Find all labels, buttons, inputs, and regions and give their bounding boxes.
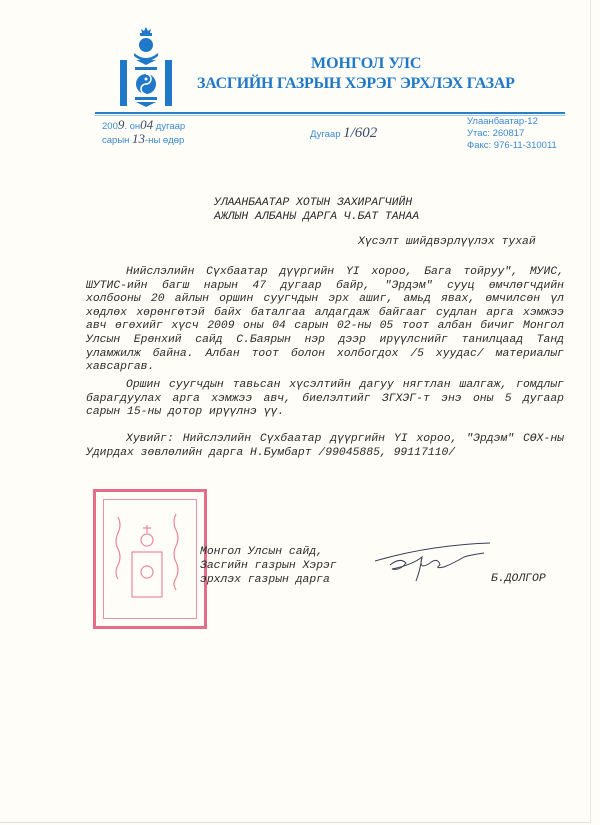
day-handwritten: 13 [132, 131, 145, 146]
body-paragraph: Оршин суугчдын тавьсан хүсэлтийн дагуу н… [86, 379, 564, 420]
day-prefix: сарын [102, 135, 132, 146]
month-handwritten: 04 [140, 117, 153, 132]
signatory-name: Б.ДОЛГОР [491, 573, 546, 585]
signatory-title: Монгол Улсын сайд, Засгийн газрын Хэрэг … [200, 545, 337, 587]
paragraph-text: Нийслэлийн Сүхбаатар дүүргийн YI хороо, … [86, 266, 564, 375]
title-line: Засгийн газрын Хэрэг [200, 559, 337, 573]
month-suffix: дугаар [153, 121, 185, 132]
contact-fax: Факс: 976-11-310011 [467, 140, 557, 152]
number-label: Дугаар [310, 129, 341, 140]
date-field: 2009. он04 дугаар сарын 13-ны өдөр [102, 119, 185, 147]
soyombo-emblem-icon [120, 27, 172, 109]
year-prefix: 200 [102, 121, 118, 132]
number-handwritten: 1/602 [343, 125, 377, 141]
day-suffix: -ны өдөр [145, 135, 184, 146]
title-line: Монгол Улсын сайд, [200, 545, 337, 559]
title-line: эрхлэх газрын дарга [200, 573, 337, 587]
body-paragraph: Нийслэлийн Сүхбаатар дүүргийн YI хороо, … [86, 266, 564, 375]
organization-name: ЗАСГИЙН ГАЗРЫН ХЭРЭГ ЭРХЛЭХ ГАЗАР [197, 75, 515, 93]
copy-to-paragraph: Хувийг: Нийслэлийн Сүхбаатар дүүргийн YI… [86, 433, 564, 460]
paragraph-text: Хувийг: Нийслэлийн Сүхбаатар дүүргийн YI… [86, 433, 564, 460]
contact-address: Улаанбаатар-12 [467, 116, 557, 128]
handwritten-signature [370, 535, 510, 595]
document-number: Дугаар 1/602 [310, 127, 377, 141]
subject-line: Хүсэлт шийдвэрлүүлэх тухай [358, 236, 536, 248]
recipient-line: УЛААНБААТАР ХОТЫН ЗАХИРАГЧИЙН [214, 196, 419, 210]
official-stamp [93, 489, 207, 629]
stamp-emblem-icon [96, 492, 198, 620]
paragraph-text: Оршин суугчдын тавьсан хүсэлтийн дагуу н… [86, 379, 564, 420]
country-name: МОНГОЛ УЛС [311, 55, 421, 73]
recipient-line: АЖЛЫН АЛБАНЫ ДАРГА Ч.БАТ ТАНАА [214, 210, 419, 224]
recipient-address: УЛААНБААТАР ХОТЫН ЗАХИРАГЧИЙН АЖЛЫН АЛБА… [214, 196, 419, 224]
header-rule [95, 112, 565, 114]
contact-info: Улаанбаатар-12 Утас: 260817 Факс: 976-11… [467, 116, 557, 152]
contact-phone: Утас: 260817 [467, 128, 557, 140]
